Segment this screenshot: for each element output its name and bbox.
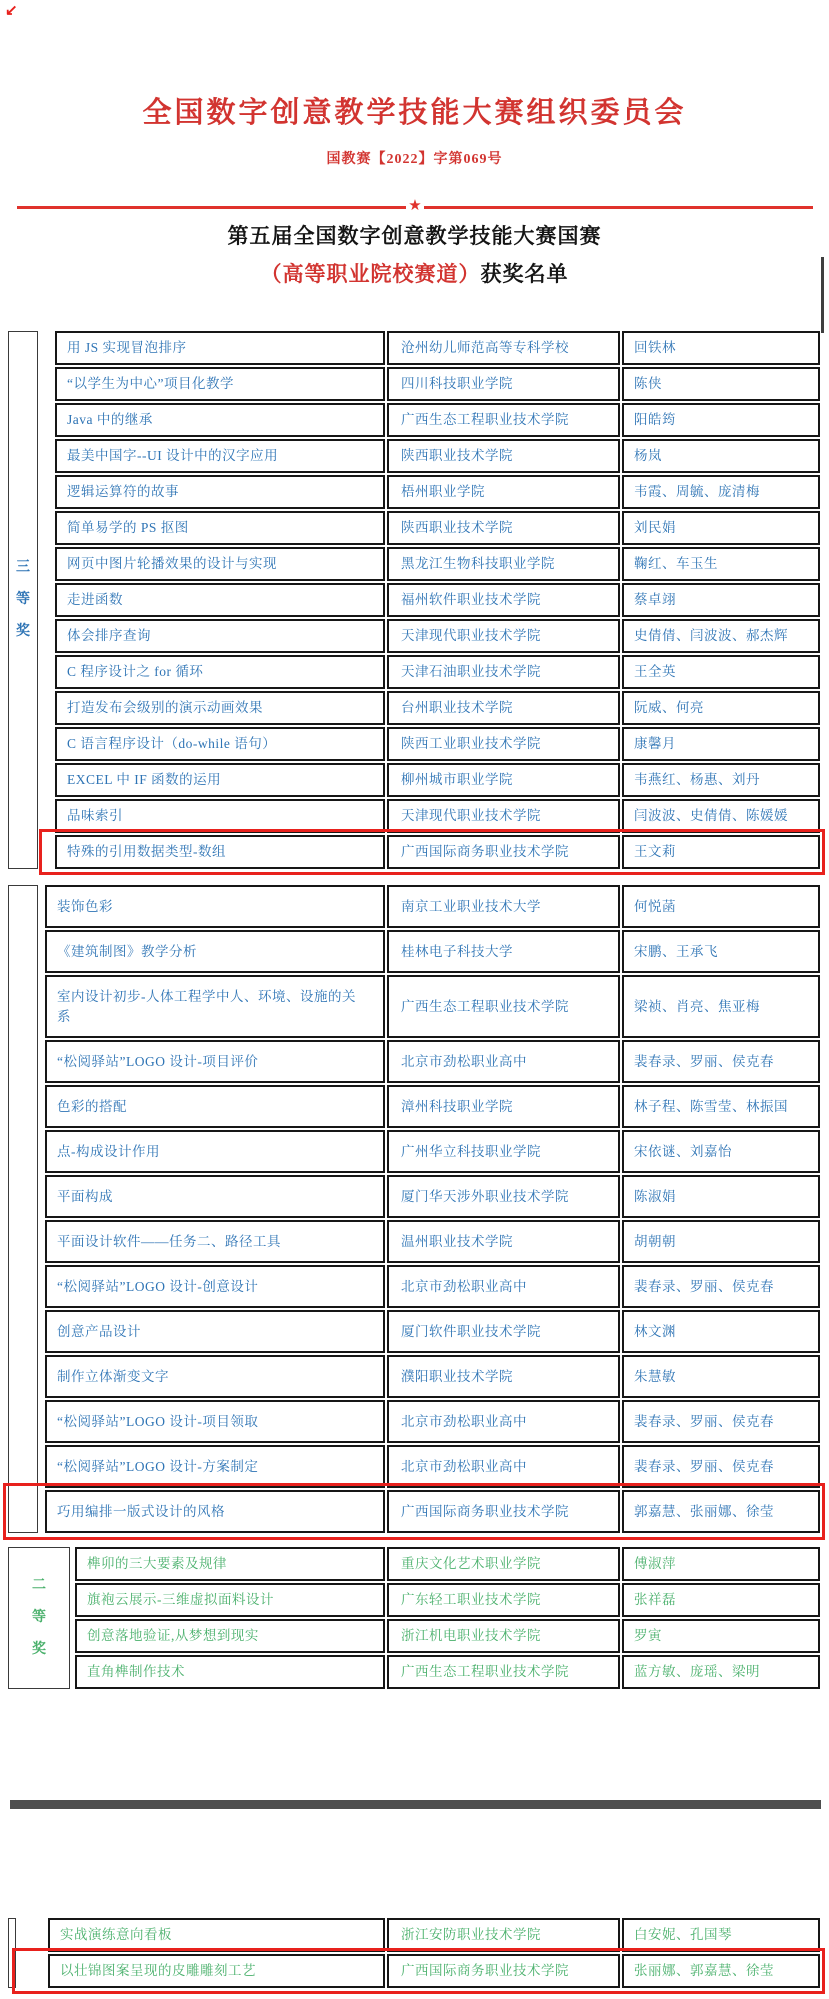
names-cell: 林文渊 [622, 1310, 820, 1353]
work-title: 色彩的搭配 [57, 1097, 127, 1117]
winner-names: 罗寅 [634, 1626, 662, 1646]
table-row: 平面设计软件——任务二、路径工具 温州职业技术学院 胡朝朝 [45, 1220, 820, 1263]
names-cell: 朱慧敏 [622, 1355, 820, 1398]
red-divider: ★ [17, 200, 813, 215]
table-row: “松阅驿站”LOGO 设计-项目领取 北京市劲松职业高中 裴春录、罗丽、侯克春 [45, 1400, 820, 1443]
school-name: 福州软件职业技术学院 [401, 590, 541, 610]
school-cell: 濮阳职业技术学院 [387, 1355, 620, 1398]
school-cell: 重庆文化艺术职业学院 [387, 1547, 620, 1581]
table-row: 用 JS 实现冒泡排序 沧州幼儿师范高等专科学校 回铁林 [55, 331, 820, 365]
school-name: 广西国际商务职业技术学院 [401, 1961, 569, 1981]
work-title-cell: 平面构成 [45, 1175, 385, 1218]
school-cell: 广州华立科技职业学院 [387, 1130, 620, 1173]
work-title-cell: 直角榫制作技术 [75, 1655, 385, 1689]
work-title: 旗袍云展示-三维虚拟面料设计 [87, 1590, 274, 1610]
award-label-third-prize: 三等奖 [16, 552, 31, 649]
winner-names: 韦燕红、杨惠、刘丹 [634, 770, 760, 790]
winner-names: 张丽娜、郭嘉慧、徐莹 [634, 1961, 774, 1981]
winner-names: 何悦菡 [634, 897, 676, 917]
work-title-cell: 《建筑制图》教学分析 [45, 930, 385, 973]
work-title: EXCEL 中 IF 函数的运用 [67, 770, 221, 790]
work-title: 逻辑运算符的故事 [67, 482, 179, 502]
work-title-cell: “以学生为中心”项目化教学 [55, 367, 385, 401]
work-title-cell: 创意落地验证,从梦想到现实 [75, 1619, 385, 1653]
work-title-cell: 制作立体渐变文字 [45, 1355, 385, 1398]
school-cell: 北京市劲松职业高中 [387, 1445, 620, 1488]
award-column: 二等奖 [8, 1547, 70, 1689]
names-cell: 宋依谜、刘嘉怡 [622, 1130, 820, 1173]
work-title-cell: 平面设计软件——任务二、路径工具 [45, 1220, 385, 1263]
school-cell: 陕西职业技术学院 [387, 511, 620, 545]
school-name: 广西国际商务职业技术学院 [401, 842, 569, 862]
work-title-cell: Java 中的继承 [55, 403, 385, 437]
winner-names: 蔡卓翊 [634, 590, 676, 610]
school-name: 黑龙江生物科技职业学院 [401, 554, 555, 574]
work-title-cell: 特殊的引用数据类型-数组 [55, 835, 385, 869]
work-title: 以壮锦图案呈现的皮雕雕刻工艺 [60, 1961, 256, 1981]
work-title-cell: 品味索引 [55, 799, 385, 833]
winner-names: 裴春录、罗丽、侯克春 [634, 1457, 774, 1477]
work-title-cell: 走进函数 [55, 583, 385, 617]
work-title: 创意产品设计 [57, 1322, 141, 1342]
names-cell: 陈淑娟 [622, 1175, 820, 1218]
school-name: 天津现代职业技术学院 [401, 806, 541, 826]
work-title: 品味索引 [67, 806, 123, 826]
school-cell: 浙江安防职业技术学院 [387, 1918, 620, 1952]
table-row: 实战演练意向看板 浙江安防职业技术学院 白安妮、孔国琴 [48, 1918, 820, 1952]
school-cell: 广西国际商务职业技术学院 [387, 1490, 620, 1533]
work-title-cell: “松阅驿站”LOGO 设计-项目领取 [45, 1400, 385, 1443]
work-title: 最美中国字--UI 设计中的汉字应用 [67, 446, 278, 466]
winner-names: 刘民娟 [634, 518, 676, 538]
school-cell: 南京工业职业技术大学 [387, 885, 620, 928]
names-cell: 梁祯、肖亮、焦亚梅 [622, 975, 820, 1038]
names-cell: 阳皓筠 [622, 403, 820, 437]
winner-names: 王全英 [634, 662, 676, 682]
winner-names: 王文莉 [634, 842, 676, 862]
table-row: 品味索引 天津现代职业技术学院 闫波波、史倩倩、陈媛媛 [55, 799, 820, 833]
table-rows: 实战演练意向看板 浙江安防职业技术学院 白安妮、孔国琴 以壮锦图案呈现的皮雕雕刻… [48, 1918, 820, 1988]
table-row: 旗袍云展示-三维虚拟面料设计 广东轻工职业技术学院 张祥磊 [75, 1583, 820, 1617]
table-row: 装饰色彩 南京工业职业技术大学 何悦菡 [45, 885, 820, 928]
names-cell: 宋鹏、王承飞 [622, 930, 820, 973]
school-name: 梧州职业学院 [401, 482, 485, 502]
work-title-cell: 简单易学的 PS 抠图 [55, 511, 385, 545]
school-cell: 陕西工业职业技术学院 [387, 727, 620, 761]
work-title: 走进函数 [67, 590, 123, 610]
school-cell: 柳州城市职业学院 [387, 763, 620, 797]
work-title: 直角榫制作技术 [87, 1662, 185, 1682]
work-title: 用 JS 实现冒泡排序 [67, 338, 187, 358]
names-cell: 蔡卓翊 [622, 583, 820, 617]
school-cell: 四川科技职业学院 [387, 367, 620, 401]
work-title: “松阅驿站”LOGO 设计-方案制定 [57, 1457, 258, 1477]
names-cell: 张丽娜、郭嘉慧、徐莹 [622, 1954, 820, 1988]
winner-names: 韦霞、周毓、庞清梅 [634, 482, 760, 502]
table-rows: 用 JS 实现冒泡排序 沧州幼儿师范高等专科学校 回铁林 “以学生为中心”项目化… [55, 331, 820, 869]
winner-names: 宋鹏、王承飞 [634, 942, 718, 962]
names-cell: 韦燕红、杨惠、刘丹 [622, 763, 820, 797]
school-cell: 北京市劲松职业高中 [387, 1400, 620, 1443]
winner-names: 史倩倩、闫波波、郝杰辉 [634, 626, 788, 646]
table-row: 色彩的搭配 漳州科技职业学院 林子程、陈雪莹、林振国 [45, 1085, 820, 1128]
school-name: 广州华立科技职业学院 [401, 1142, 541, 1162]
work-title: “松阅驿站”LOGO 设计-项目评价 [57, 1052, 258, 1072]
work-title: 室内设计初步-人体工程学中人、环境、设施的关系 [57, 987, 359, 1026]
table-row: 直角榫制作技术 广西生态工程职业技术学院 蓝方敏、庞瑶、梁明 [75, 1655, 820, 1689]
school-name: 北京市劲松职业高中 [401, 1457, 527, 1477]
school-cell: 沧州幼儿师范高等专科学校 [387, 331, 620, 365]
school-name: 四川科技职业学院 [401, 374, 513, 394]
names-cell: 傅淑萍 [622, 1547, 820, 1581]
school-cell: 桂林电子科技大学 [387, 930, 620, 973]
work-title-cell: 实战演练意向看板 [48, 1918, 385, 1952]
third-prize-table-1: 三等奖 用 JS 实现冒泡排序 沧州幼儿师范高等专科学校 回铁林 “以学生为中心… [8, 331, 820, 869]
names-cell: 何悦菡 [622, 885, 820, 928]
winner-names: 胡朝朝 [634, 1232, 676, 1252]
winner-names: 闫波波、史倩倩、陈媛媛 [634, 806, 788, 826]
award-list-label: 获奖名单 [481, 262, 569, 286]
work-title: 制作立体渐变文字 [57, 1367, 169, 1387]
work-title: 装饰色彩 [57, 897, 113, 917]
school-name: 广西生态工程职业技术学院 [401, 1662, 569, 1682]
table-row: “以学生为中心”项目化教学 四川科技职业学院 陈侠 [55, 367, 820, 401]
winner-names: 白安妮、孔国琴 [634, 1925, 732, 1945]
table-row: 榫卯的三大要素及规律 重庆文化艺术职业学院 傅淑萍 [75, 1547, 820, 1581]
names-cell: 杨岚 [622, 439, 820, 473]
school-name: 浙江安防职业技术学院 [401, 1925, 541, 1945]
table-row: 平面构成 厦门华天涉外职业技术学院 陈淑娟 [45, 1175, 820, 1218]
school-cell: 广东轻工职业技术学院 [387, 1583, 620, 1617]
work-title: 简单易学的 PS 抠图 [67, 518, 189, 538]
school-cell: 梧州职业学院 [387, 475, 620, 509]
table-row: 走进函数 福州软件职业技术学院 蔡卓翊 [55, 583, 820, 617]
names-cell: 蓝方敏、庞瑶、梁明 [622, 1655, 820, 1689]
winner-names: 郭嘉慧、张丽娜、徐莹 [634, 1502, 774, 1522]
organization-title: 全国数字创意教学技能大赛组织委员会 [0, 90, 829, 131]
school-name: 桂林电子科技大学 [401, 942, 513, 962]
names-cell: 韦霞、周毓、庞清梅 [622, 475, 820, 509]
work-title: 打造发布会级别的演示动画效果 [67, 698, 263, 718]
school-cell: 北京市劲松职业高中 [387, 1040, 620, 1083]
table-row: 网页中图片轮播效果的设计与实现 黑龙江生物科技职业学院 鞠红、车玉生 [55, 547, 820, 581]
winner-names: 林文渊 [634, 1322, 676, 1342]
work-title-cell: “松阅驿站”LOGO 设计-创意设计 [45, 1265, 385, 1308]
work-title-cell: 巧用编排一版式设计的风格 [45, 1490, 385, 1533]
award-column [8, 885, 38, 1533]
school-cell: 陕西职业技术学院 [387, 439, 620, 473]
school-cell: 广西生态工程职业技术学院 [387, 1655, 620, 1689]
work-title-cell: 装饰色彩 [45, 885, 385, 928]
school-name: 陕西职业技术学院 [401, 446, 513, 466]
school-cell: 台州职业技术学院 [387, 691, 620, 725]
school-name: 北京市劲松职业高中 [401, 1052, 527, 1072]
school-cell: 温州职业技术学院 [387, 1220, 620, 1263]
divider-line-left [17, 206, 406, 209]
table-row: “松阅驿站”LOGO 设计-项目评价 北京市劲松职业高中 裴春录、罗丽、侯克春 [45, 1040, 820, 1083]
winner-names: 阳皓筠 [634, 410, 676, 430]
second-prize-table-2: 实战演练意向看板 浙江安防职业技术学院 白安妮、孔国琴 以壮锦图案呈现的皮雕雕刻… [8, 1918, 820, 1988]
work-title-cell: 榫卯的三大要素及规律 [75, 1547, 385, 1581]
school-cell: 广西生态工程职业技术学院 [387, 975, 620, 1038]
names-cell: 裴春录、罗丽、侯克春 [622, 1265, 820, 1308]
competition-title: 第五届全国数字创意教学技能大赛国赛 [0, 220, 829, 250]
names-cell: 裴春录、罗丽、侯克春 [622, 1040, 820, 1083]
names-cell: 王全英 [622, 655, 820, 689]
table-row: Java 中的继承 广西生态工程职业技术学院 阳皓筠 [55, 403, 820, 437]
work-title: C 程序设计之 for 循环 [67, 662, 203, 682]
table-row: EXCEL 中 IF 函数的运用 柳州城市职业学院 韦燕红、杨惠、刘丹 [55, 763, 820, 797]
school-name: 重庆文化艺术职业学院 [401, 1554, 541, 1574]
winner-names: 张祥磊 [634, 1590, 676, 1610]
names-cell: 鞠红、车玉生 [622, 547, 820, 581]
work-title: “松阅驿站”LOGO 设计-项目领取 [57, 1412, 258, 1432]
work-title-cell: 点-构成设计作用 [45, 1130, 385, 1173]
winner-names: 鞠红、车玉生 [634, 554, 718, 574]
school-name: 沧州幼儿师范高等专科学校 [401, 338, 569, 358]
names-cell: 刘民娟 [622, 511, 820, 545]
names-cell: 阮威、何亮 [622, 691, 820, 725]
work-title: 《建筑制图》教学分析 [57, 942, 197, 962]
work-title-cell: 以壮锦图案呈现的皮雕雕刻工艺 [48, 1954, 385, 1988]
school-cell: 天津现代职业技术学院 [387, 619, 620, 653]
scan-artifact-line [821, 257, 824, 333]
corner-mark-icon: ↙ [5, 1, 18, 20]
school-cell: 厦门软件职业技术学院 [387, 1310, 620, 1353]
table-row: “松阅驿站”LOGO 设计-创意设计 北京市劲松职业高中 裴春录、罗丽、侯克春 [45, 1265, 820, 1308]
table-row: 逻辑运算符的故事 梧州职业学院 韦霞、周毓、庞清梅 [55, 475, 820, 509]
school-name: 厦门软件职业技术学院 [401, 1322, 541, 1342]
work-title: 榫卯的三大要素及规律 [87, 1554, 227, 1574]
school-name: 天津现代职业技术学院 [401, 626, 541, 646]
table-row: 简单易学的 PS 抠图 陕西职业技术学院 刘民娟 [55, 511, 820, 545]
school-name: 陕西工业职业技术学院 [401, 734, 541, 754]
table-row: 巧用编排一版式设计的风格 广西国际商务职业技术学院 郭嘉慧、张丽娜、徐莹 [45, 1490, 820, 1533]
work-title-cell: “松阅驿站”LOGO 设计-方案制定 [45, 1445, 385, 1488]
school-name: 台州职业技术学院 [401, 698, 513, 718]
table-row: 打造发布会级别的演示动画效果 台州职业技术学院 阮威、何亮 [55, 691, 820, 725]
table-row: 体会排序查询 天津现代职业技术学院 史倩倩、闫波波、郝杰辉 [55, 619, 820, 653]
table-row: 创意产品设计 厦门软件职业技术学院 林文渊 [45, 1310, 820, 1353]
winner-names: 傅淑萍 [634, 1554, 676, 1574]
winner-names: 裴春录、罗丽、侯克春 [634, 1277, 774, 1297]
table-row: 制作立体渐变文字 濮阳职业技术学院 朱慧敏 [45, 1355, 820, 1398]
work-title: 巧用编排一版式设计的风格 [57, 1502, 225, 1522]
document-number: 国教赛【2022】字第069号 [0, 148, 829, 168]
table-row: 点-构成设计作用 广州华立科技职业学院 宋依谜、刘嘉怡 [45, 1130, 820, 1173]
school-name: 北京市劲松职业高中 [401, 1412, 527, 1432]
school-cell: 广西国际商务职业技术学院 [387, 1954, 620, 1988]
school-name: 南京工业职业技术大学 [401, 897, 541, 917]
school-name: 柳州城市职业学院 [401, 770, 513, 790]
work-title: 体会排序查询 [67, 626, 151, 646]
winner-names: 阮威、何亮 [634, 698, 704, 718]
award-list-title: （高等职业院校赛道）获奖名单 [0, 258, 829, 288]
winner-names: 蓝方敏、庞瑶、梁明 [634, 1662, 760, 1682]
work-title: C 语言程序设计（do-while 语句） [67, 734, 276, 754]
table-row: 室内设计初步-人体工程学中人、环境、设施的关系 广西生态工程职业技术学院 梁祯、… [45, 975, 820, 1038]
winner-names: 宋依谜、刘嘉怡 [634, 1142, 732, 1162]
school-name: 广西国际商务职业技术学院 [401, 1502, 569, 1522]
names-cell: 张祥磊 [622, 1583, 820, 1617]
star-icon: ★ [408, 199, 421, 214]
school-cell: 浙江机电职业技术学院 [387, 1619, 620, 1653]
table-row: 最美中国字--UI 设计中的汉字应用 陕西职业技术学院 杨岚 [55, 439, 820, 473]
work-title: Java 中的继承 [67, 410, 153, 430]
work-title: 实战演练意向看板 [60, 1925, 172, 1945]
work-title: 平面设计软件——任务二、路径工具 [57, 1232, 281, 1252]
names-cell: 林子程、陈雪莹、林振国 [622, 1085, 820, 1128]
work-title-cell: 用 JS 实现冒泡排序 [55, 331, 385, 365]
work-title-cell: 打造发布会级别的演示动画效果 [55, 691, 385, 725]
work-title-cell: EXCEL 中 IF 函数的运用 [55, 763, 385, 797]
school-cell: 天津石油职业技术学院 [387, 655, 620, 689]
work-title: “松阅驿站”LOGO 设计-创意设计 [57, 1277, 258, 1297]
school-cell: 天津现代职业技术学院 [387, 799, 620, 833]
work-title-cell: 网页中图片轮播效果的设计与实现 [55, 547, 385, 581]
award-label-second-prize: 二等奖 [32, 1570, 47, 1667]
work-title-cell: 逻辑运算符的故事 [55, 475, 385, 509]
school-name: 广西生态工程职业技术学院 [401, 997, 569, 1017]
names-cell: 回铁林 [622, 331, 820, 365]
school-cell: 漳州科技职业学院 [387, 1085, 620, 1128]
work-title-cell: C 语言程序设计（do-while 语句） [55, 727, 385, 761]
names-cell: 白安妮、孔国琴 [622, 1918, 820, 1952]
track-name: （高等职业院校赛道） [261, 262, 481, 286]
names-cell: 陈侠 [622, 367, 820, 401]
winner-names: 裴春录、罗丽、侯克春 [634, 1052, 774, 1072]
winner-names: 林子程、陈雪莹、林振国 [634, 1097, 788, 1117]
award-column: 三等奖 [8, 331, 38, 869]
names-cell: 裴春录、罗丽、侯克春 [622, 1400, 820, 1443]
table-row: “松阅驿站”LOGO 设计-方案制定 北京市劲松职业高中 裴春录、罗丽、侯克春 [45, 1445, 820, 1488]
table-rows: 榫卯的三大要素及规律 重庆文化艺术职业学院 傅淑萍 旗袍云展示-三维虚拟面料设计… [75, 1547, 820, 1689]
table-row: C 语言程序设计（do-while 语句） 陕西工业职业技术学院 康馨月 [55, 727, 820, 761]
work-title-cell: “松阅驿站”LOGO 设计-项目评价 [45, 1040, 385, 1083]
names-cell: 裴春录、罗丽、侯克春 [622, 1445, 820, 1488]
winner-names: 陈侠 [634, 374, 662, 394]
winner-names: 陈淑娟 [634, 1187, 676, 1207]
school-name: 濮阳职业技术学院 [401, 1367, 513, 1387]
names-cell: 罗寅 [622, 1619, 820, 1653]
third-prize-table-2: 装饰色彩 南京工业职业技术大学 何悦菡 《建筑制图》教学分析 桂林电子科技大学 … [8, 885, 820, 1533]
winner-names: 杨岚 [634, 446, 662, 466]
work-title-cell: 室内设计初步-人体工程学中人、环境、设施的关系 [45, 975, 385, 1038]
divider-line-right [424, 206, 813, 209]
school-cell: 广西国际商务职业技术学院 [387, 835, 620, 869]
winner-names: 康馨月 [634, 734, 676, 754]
table-row: 《建筑制图》教学分析 桂林电子科技大学 宋鹏、王承飞 [45, 930, 820, 973]
work-title: 点-构成设计作用 [57, 1142, 160, 1162]
table-row: 创意落地验证,从梦想到现实 浙江机电职业技术学院 罗寅 [75, 1619, 820, 1653]
school-name: 广东轻工职业技术学院 [401, 1590, 541, 1610]
school-name: 温州职业技术学院 [401, 1232, 513, 1252]
school-cell: 黑龙江生物科技职业学院 [387, 547, 620, 581]
names-cell: 闫波波、史倩倩、陈媛媛 [622, 799, 820, 833]
winner-names: 梁祯、肖亮、焦亚梅 [634, 997, 760, 1017]
school-name: 北京市劲松职业高中 [401, 1277, 527, 1297]
table-row: 特殊的引用数据类型-数组 广西国际商务职业技术学院 王文莉 [55, 835, 820, 869]
school-name: 浙江机电职业技术学院 [401, 1626, 541, 1646]
work-title-cell: 体会排序查询 [55, 619, 385, 653]
work-title: 网页中图片轮播效果的设计与实现 [67, 554, 277, 574]
school-name: 漳州科技职业学院 [401, 1097, 513, 1117]
work-title: “以学生为中心”项目化教学 [67, 374, 234, 394]
table-row: C 程序设计之 for 循环 天津石油职业技术学院 王全英 [55, 655, 820, 689]
second-prize-table: 二等奖 榫卯的三大要素及规律 重庆文化艺术职业学院 傅淑萍 旗袍云展示-三维虚拟… [8, 1547, 820, 1689]
table-rows: 装饰色彩 南京工业职业技术大学 何悦菡 《建筑制图》教学分析 桂林电子科技大学 … [45, 885, 820, 1533]
school-cell: 厦门华天涉外职业技术学院 [387, 1175, 620, 1218]
names-cell: 康馨月 [622, 727, 820, 761]
names-cell: 史倩倩、闫波波、郝杰辉 [622, 619, 820, 653]
winner-names: 朱慧敏 [634, 1367, 676, 1387]
table-row: 以壮锦图案呈现的皮雕雕刻工艺 广西国际商务职业技术学院 张丽娜、郭嘉慧、徐莹 [48, 1954, 820, 1988]
work-title: 创意落地验证,从梦想到现实 [87, 1626, 259, 1646]
work-title: 平面构成 [57, 1187, 113, 1207]
award-column [8, 1918, 16, 1988]
names-cell: 郭嘉慧、张丽娜、徐莹 [622, 1490, 820, 1533]
school-name: 天津石油职业技术学院 [401, 662, 541, 682]
work-title-cell: 创意产品设计 [45, 1310, 385, 1353]
page-break-bar [10, 1800, 821, 1809]
work-title: 特殊的引用数据类型-数组 [67, 842, 226, 862]
names-cell: 胡朝朝 [622, 1220, 820, 1263]
work-title-cell: 旗袍云展示-三维虚拟面料设计 [75, 1583, 385, 1617]
winner-names: 回铁林 [634, 338, 676, 358]
school-cell: 北京市劲松职业高中 [387, 1265, 620, 1308]
names-cell: 王文莉 [622, 835, 820, 869]
work-title-cell: 色彩的搭配 [45, 1085, 385, 1128]
school-cell: 广西生态工程职业技术学院 [387, 403, 620, 437]
school-name: 广西生态工程职业技术学院 [401, 410, 569, 430]
school-name: 陕西职业技术学院 [401, 518, 513, 538]
work-title-cell: C 程序设计之 for 循环 [55, 655, 385, 689]
school-cell: 福州软件职业技术学院 [387, 583, 620, 617]
school-name: 厦门华天涉外职业技术学院 [401, 1187, 569, 1207]
work-title-cell: 最美中国字--UI 设计中的汉字应用 [55, 439, 385, 473]
winner-names: 裴春录、罗丽、侯克春 [634, 1412, 774, 1432]
